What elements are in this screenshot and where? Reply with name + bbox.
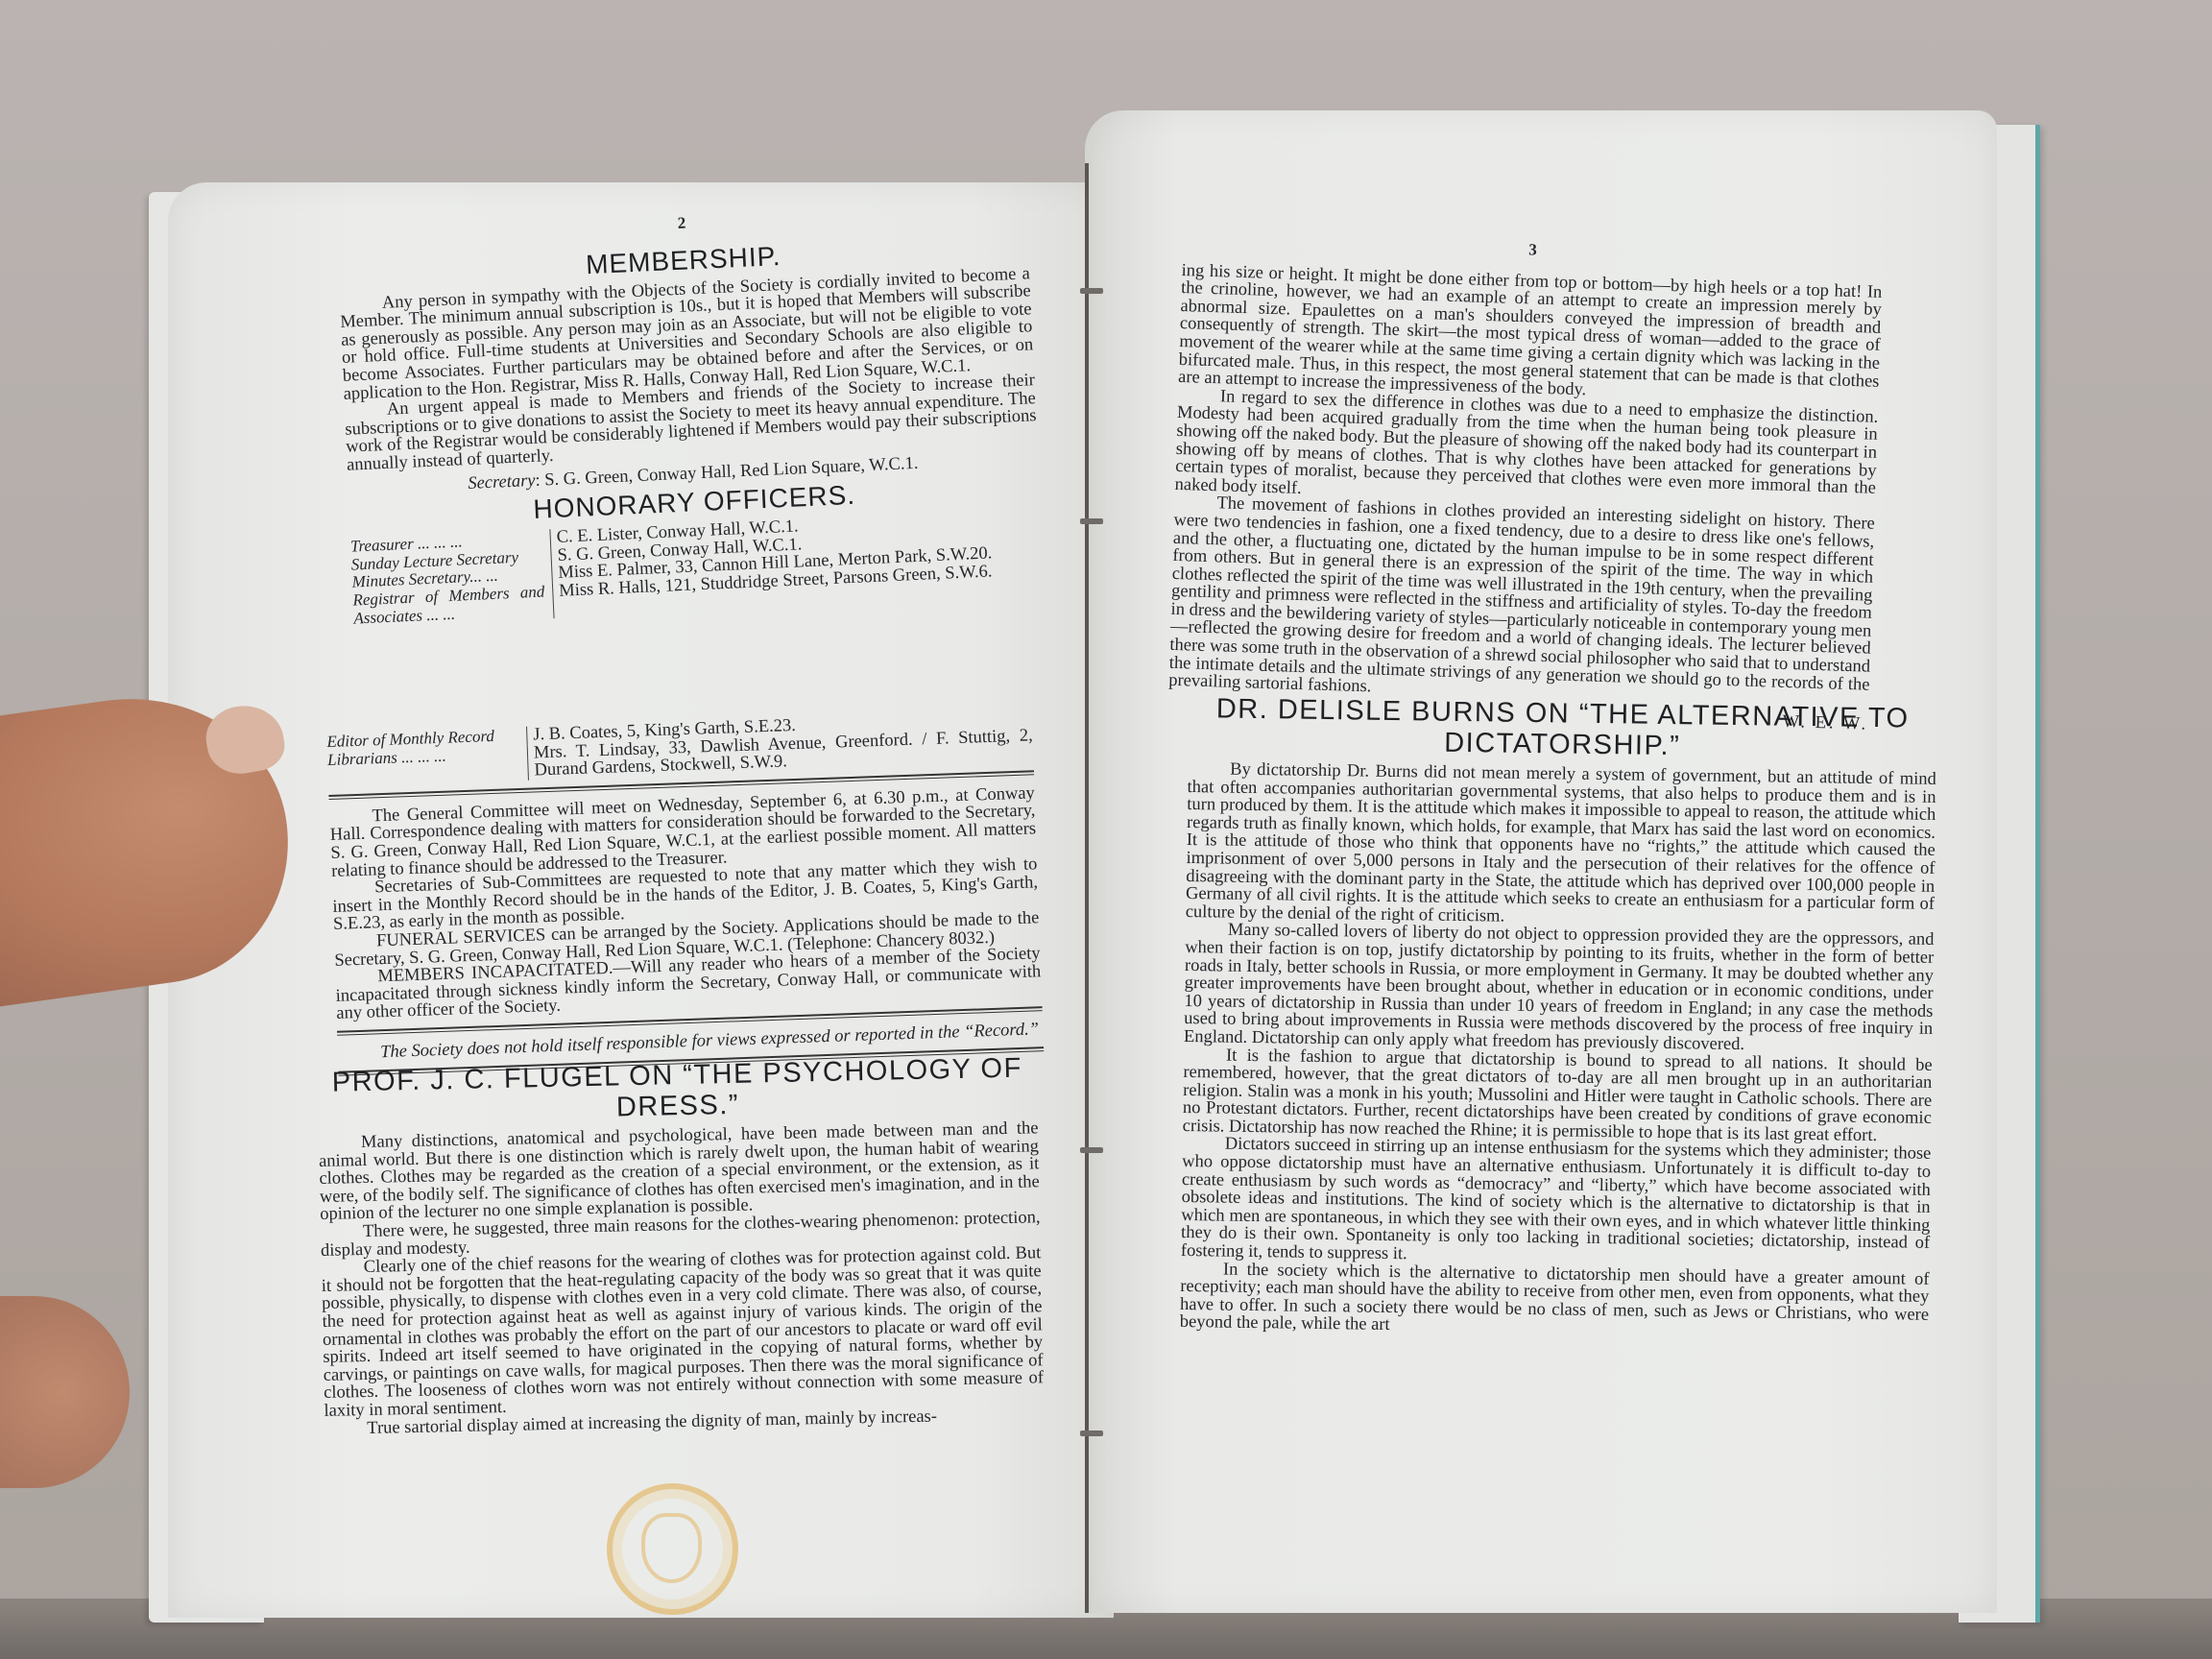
article-paragraph: Many so-called lovers of liberty do not … xyxy=(1184,921,1935,1056)
library-stamp-icon xyxy=(607,1483,738,1615)
staple-icon xyxy=(1080,288,1103,294)
article-paragraph: It is the fashion to argue that dictator… xyxy=(1183,1046,1933,1145)
staple-icon xyxy=(1080,518,1103,524)
staple-icon xyxy=(1080,1431,1103,1436)
continuation-paragraph: ing his size or height. It might be done… xyxy=(1178,262,1883,409)
officer-role: Librarians ... ... ... xyxy=(327,745,520,787)
staple-icon xyxy=(1080,1147,1103,1153)
left-page-upper-column: 2 MEMBERSHIP. Any person in sympathy wit… xyxy=(336,199,1045,627)
article-paragraph: In the society which is the alternative … xyxy=(1180,1261,1930,1342)
article-paragraph: Dictators succeed in stirring up an inte… xyxy=(1181,1135,1932,1270)
article-paragraph: Many distinctions, anatomical and psycho… xyxy=(319,1119,1041,1224)
left-page-middle-column: Editor of Monthly Record J. B. Coates, 5… xyxy=(326,705,1044,1085)
article-paragraph: By dictatorship Dr. Burns did not mean m… xyxy=(1186,760,1936,931)
secretary-label: Secretary xyxy=(468,470,536,493)
crest-icon xyxy=(641,1513,702,1583)
right-page-article-column: DR. DELISLE BURNS ON “THE ALTERNATIVE TO… xyxy=(1180,691,1937,1342)
right-page-upper-column: 3 ing his size or height. It might be do… xyxy=(1167,230,1883,733)
book-gutter xyxy=(1085,163,1089,1613)
left-page-article-column: PROF. J. C. FLUGEL ON “THE PSYCHOLOGY OF… xyxy=(317,1050,1045,1438)
article-paragraph: Clearly one of the chief reasons for the… xyxy=(321,1244,1044,1420)
burns-article-heading: DR. DELISLE BURNS ON “THE ALTERNATIVE TO… xyxy=(1188,693,1937,765)
flugel-article-heading: PROF. J. C. FLUGEL ON “THE PSYCHOLOGY OF… xyxy=(317,1052,1038,1129)
continuation-paragraph: The movement of fashions in clothes prov… xyxy=(1168,493,1875,711)
